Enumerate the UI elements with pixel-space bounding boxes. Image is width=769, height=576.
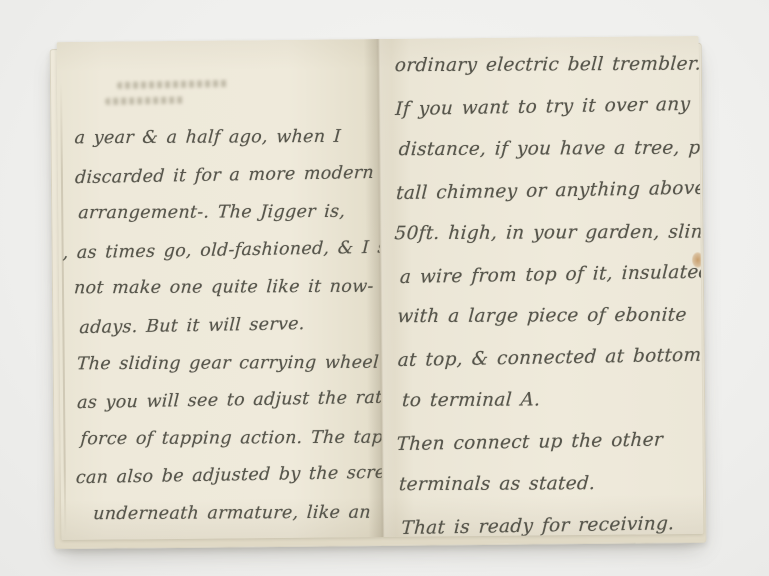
page-spread: a year & a half ago, when I discarded it… xyxy=(57,36,704,540)
emboss-mark-line1 xyxy=(117,80,229,89)
embossed-letterhead xyxy=(103,80,243,117)
handwritten-line: underneath armature, like an xyxy=(92,495,383,534)
handwritten-line: Then connect up the other xyxy=(395,419,703,466)
handwritten-line: ordinary electric bell trembler. xyxy=(394,44,701,88)
right-page: ordinary electric bell trembler. If you … xyxy=(378,36,704,537)
handwritten-line: a year & a half ago, when I xyxy=(73,119,379,158)
handwritten-line: adays. But it will serve. xyxy=(78,305,381,348)
handwritten-line: distance, if you have a tree, pole, xyxy=(397,127,701,170)
handwritten-line: The sliding gear carrying wheel is xyxy=(76,344,382,383)
handwritten-line: terminals as stated. xyxy=(398,463,704,507)
handwritten-line: to terminal A. xyxy=(401,379,704,422)
photo-background: a year & a half ago, when I discarded it… xyxy=(0,0,769,576)
handwritten-line: 50ft. high, in your garden, sling xyxy=(393,211,702,255)
handwritten-line: If you want to try it over any xyxy=(394,84,700,131)
handwritten-line: , as times go, old-fashioned, & I shd xyxy=(62,230,381,273)
left-page-handwriting: a year & a half ago, when I discarded it… xyxy=(74,118,382,534)
open-letter-booklet: a year & a half ago, when I discarded it… xyxy=(57,36,704,540)
emboss-mark-line2 xyxy=(105,96,185,105)
handwritten-line: a wire from top of it, insulated xyxy=(399,251,702,298)
handwritten-line: at top, & connected at bottom xyxy=(397,335,703,382)
handwritten-line: force of tapping action. The tapper xyxy=(79,419,382,458)
right-page-handwriting: ordinary electric bell trembler. If you … xyxy=(395,43,704,540)
handwritten-line: discarded it for a more modern xyxy=(74,154,380,197)
left-page: a year & a half ago, when I discarded it… xyxy=(57,39,383,540)
handwritten-line: arrangement-. The Jigger is, xyxy=(77,194,380,233)
handwritten-line: tall chimney or anything above xyxy=(395,167,701,214)
handwritten-line: can also be adjusted by the screw xyxy=(75,455,383,498)
handwritten-line: as you will see to adjust the rate & xyxy=(76,380,382,423)
handwritten-line: with a large piece of ebonite xyxy=(396,295,703,339)
handwritten-line: not make one quite like it now- xyxy=(73,269,381,308)
page-edge-line xyxy=(60,82,66,536)
